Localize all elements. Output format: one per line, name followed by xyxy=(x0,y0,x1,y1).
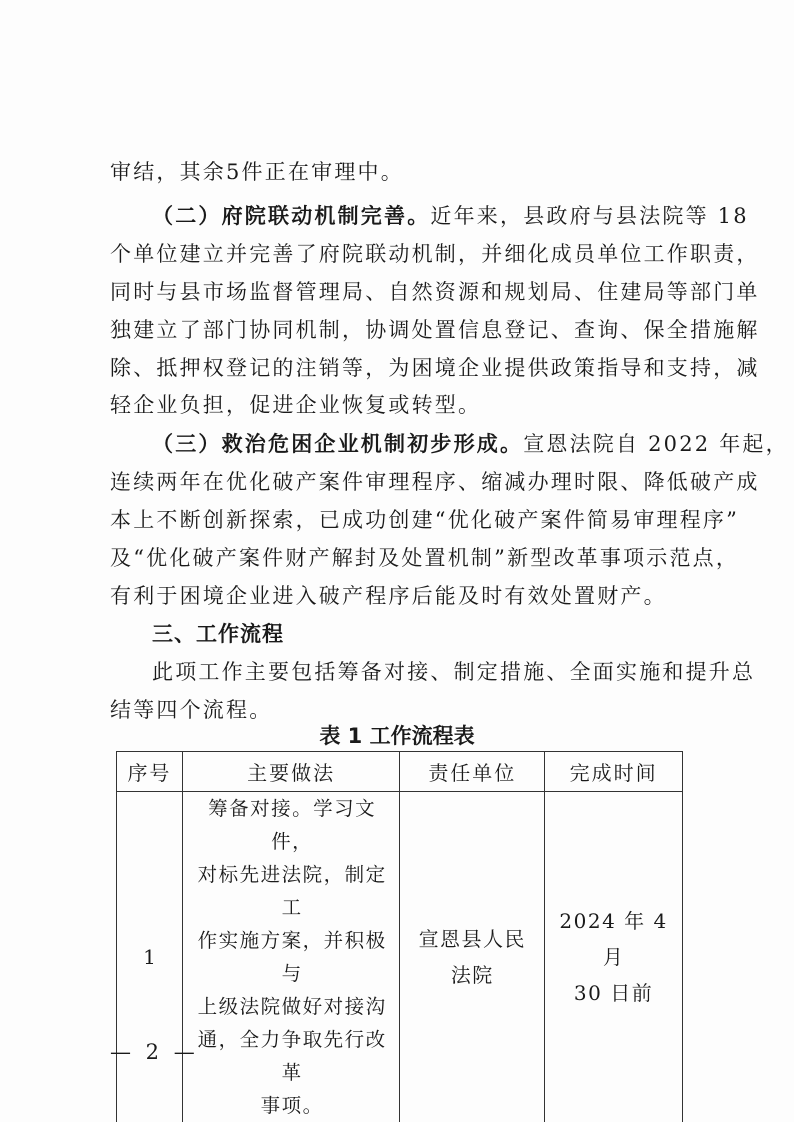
paragraph-line: 审结，其余5件正在审理中。 xyxy=(110,158,720,186)
section-3-line: 有利于困境企业进入破产程序后能及时有效处置财产。 xyxy=(110,582,720,610)
section-2-title: （二）府院联动机制完善。 xyxy=(152,204,430,228)
method-line: 对标先进法院，制定工 xyxy=(189,858,396,924)
table-row: 1 筹备对接。学习文件， 对标先进法院，制定工 作实施方案，并积极与 上级法院做… xyxy=(117,792,683,1122)
header-time: 完成时间 xyxy=(545,752,683,792)
method-line: 事项。 xyxy=(189,1089,396,1122)
unit-line: 宣恩县人民 xyxy=(401,921,543,957)
section-3-title: （三）救治危困企业机制初步形成。 xyxy=(152,432,523,456)
table-caption: 表 1 工作流程表 xyxy=(0,722,794,750)
table-header-row: 序号 主要做法 责任单位 完成时间 xyxy=(117,752,683,792)
section-3-line: 及“优化破产案件财产解封及处置机制”新型改革事项示范点， xyxy=(110,544,720,572)
section-3-line: 本上不断创新探索，已成功创建“优化破产案件简易审理程序” xyxy=(110,506,720,534)
section-3-line: 连续两年在优化破产案件审理程序、缩减办理时限、降低破产成 xyxy=(110,468,720,496)
intro-line: 此项工作主要包括筹备对接、制定措施、全面实施和提升总 xyxy=(152,658,720,686)
page-number: — 2 — xyxy=(110,1040,199,1064)
section-2-line: 个单位建立并完善了府院联动机制，并细化成员单位工作职责， xyxy=(110,240,720,268)
cell-method: 筹备对接。学习文件， 对标先进法院，制定工 作实施方案，并积极与 上级法院做好对… xyxy=(182,792,400,1122)
unit-line: 法院 xyxy=(401,957,543,993)
section-2-line: 同时与县市场监督管理局、自然资源和规划局、住建局等部门单 xyxy=(110,278,720,306)
method-line: 上级法院做好对接沟 xyxy=(189,990,396,1023)
method-line: 通，全力争取先行改革 xyxy=(189,1023,396,1089)
workflow-table: 序号 主要做法 责任单位 完成时间 1 筹备对接。学习文件， 对标先进法院，制定… xyxy=(116,751,683,1122)
header-method: 主要做法 xyxy=(182,752,400,792)
method-line: 筹备对接。学习文件， xyxy=(189,792,396,858)
section-2-line: 轻企业负担，促进企业恢复或转型。 xyxy=(110,391,720,419)
cell-number: 1 xyxy=(117,792,183,1122)
section-2-text: 近年来，县政府与县法院等 18 xyxy=(430,204,748,228)
section-2-first-line: （二）府院联动机制完善。近年来，县政府与县法院等 18 xyxy=(152,202,720,230)
time-line: 2024 年 4 月 xyxy=(546,903,681,975)
cell-time: 2024 年 4 月 30 日前 xyxy=(545,792,683,1122)
time-line: 30 日前 xyxy=(546,975,681,1011)
header-number: 序号 xyxy=(117,752,183,792)
section-3-first-line: （三）救治危困企业机制初步形成。宣恩法院自 2022 年起， xyxy=(152,430,720,458)
section-2-line: 除、抵押权登记的注销等，为困境企业提供政策指导和支持，减 xyxy=(110,354,720,382)
method-line: 作实施方案，并积极与 xyxy=(189,924,396,990)
section-2-line: 独建立了部门协同机制，协调处置信息登记、查询、保全措施解 xyxy=(110,316,720,344)
document-page: 审结，其余5件正在审理中。 （二）府院联动机制完善。近年来，县政府与县法院等 1… xyxy=(0,0,794,1122)
section-3-text: 宣恩法院自 2022 年起， xyxy=(523,432,789,456)
header-unit: 责任单位 xyxy=(400,752,545,792)
section-heading: 三、工作流程 xyxy=(152,620,720,648)
intro-line: 结等四个流程。 xyxy=(110,696,720,724)
cell-unit: 宣恩县人民 法院 xyxy=(400,792,545,1122)
